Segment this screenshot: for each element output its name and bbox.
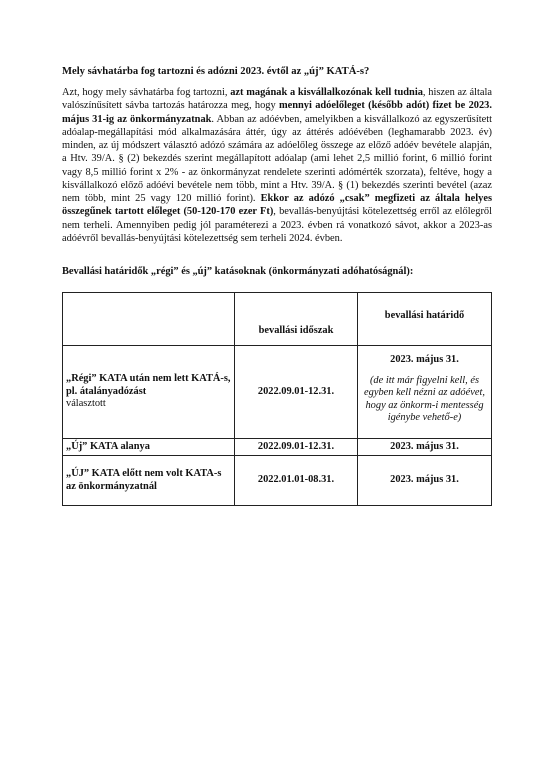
document-page: Mely sávhatárba fog tartozni és adózni 2… (0, 0, 543, 768)
table-row: „Régi” KATA után nem lett KATÁ-s, pl. át… (63, 346, 492, 439)
row-note: (de itt már figyelni kell, és egyben kel… (361, 375, 488, 425)
row-deadline: 2023. május 31.(de itt már figyelni kell… (358, 346, 492, 439)
header-category (63, 293, 235, 346)
row-category: „ÚJ” KATA előtt nem volt KATA-s az önkor… (63, 456, 235, 506)
table-row: „Új” KATA alanya 2022.09.01-12.31. 2023.… (63, 439, 492, 456)
table-header-row: bevallási időszak bevallási határidő (63, 293, 492, 346)
para-bold-1: azt magának a kisvállalkozónak kell tudn… (230, 87, 423, 98)
table-row: „ÚJ” KATA előtt nem volt KATA-s az önkor… (63, 456, 492, 506)
para-text-1: Azt, hogy mely sávhatárba fog tartozni, (62, 87, 230, 98)
table-heading: Bevallási határidők „régi” és „új” katás… (62, 266, 413, 277)
row-period: 2022.09.01-12.31. (235, 439, 358, 456)
header-period: bevallási időszak (235, 293, 358, 346)
header-deadline: bevallási határidő (358, 293, 492, 346)
row-period: 2022.01.01-08.31. (235, 456, 358, 506)
para-text-3: . Abban az adóévben, amelyikben a kisvál… (62, 114, 492, 205)
deadlines-table: bevallási időszak bevallási határidő „Ré… (62, 292, 492, 506)
row-period: 2022.09.01-12.31. (235, 346, 358, 439)
row-deadline: 2023. május 31. (358, 456, 492, 506)
body-paragraph: Azt, hogy mely sávhatárba fog tartozni, … (62, 86, 492, 245)
row-category: „Új” KATA alanya (63, 439, 235, 456)
row-deadline: 2023. május 31. (358, 439, 492, 456)
section-heading: Mely sávhatárba fog tartozni és adózni 2… (62, 66, 369, 77)
row-category: „Régi” KATA után nem lett KATÁ-s, pl. át… (63, 346, 235, 439)
